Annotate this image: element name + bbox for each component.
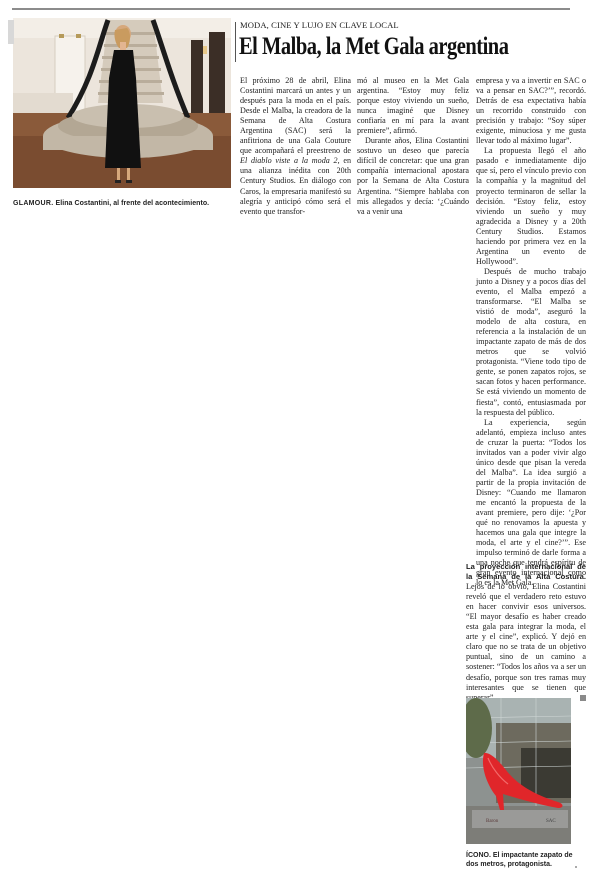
- end-mark-icon: [580, 695, 586, 701]
- paragraph: empresa y va a invertir en SAC o va a pe…: [476, 76, 586, 146]
- caption-text: Elina Costantini, al frente del aconteci…: [54, 200, 210, 207]
- main-photo: [13, 18, 231, 188]
- paragraph: La propuesta llegó el año pasado e inmed…: [476, 146, 586, 267]
- sidebar-text: Lejos de lo obvio, Elina Costantini reve…: [466, 582, 586, 702]
- top-rule-left: [12, 8, 342, 10]
- kicker: MODA, CINE Y LUJO EN CLAVE LOCAL: [240, 20, 399, 30]
- sidebar-section: La proyección internacional de la Semana…: [466, 562, 586, 703]
- headline-rule: [235, 22, 236, 62]
- film-title: El diablo viste a la moda 2: [240, 156, 338, 165]
- paragraph: El próximo 28 de abril, Elina Costantini…: [240, 76, 351, 217]
- red-shoe-photo-illustration: Baron SAC: [466, 698, 571, 844]
- body-column-3: empresa y va a invertir en SAC o va a pe…: [476, 76, 586, 588]
- pedestal-label-right: SAC: [546, 819, 556, 824]
- paragraph: mó al museo en la Met Gala argentina. “E…: [357, 76, 469, 136]
- main-photo-caption: GLAMOUR. Elina Costantini, al frente del…: [13, 200, 233, 207]
- paragraph: Durante años, Elina Costantini sostuvo u…: [357, 136, 469, 216]
- caption-lead: ÍCONO.: [466, 852, 491, 859]
- sidebar-subhead: La proyección internacional de la Semana…: [466, 562, 586, 581]
- body-column-2: mó al museo en la Met Gala argentina. “E…: [357, 76, 469, 217]
- caption-lead: GLAMOUR.: [13, 200, 54, 207]
- shoe-photo-caption: ÍCONO. El impactante zapato de dos metro…: [466, 851, 581, 869]
- shoe-photo: Baron SAC: [466, 698, 571, 844]
- headline: El Malba, la Met Gala argentina: [239, 33, 508, 61]
- sidebar-paragraph: La proyección internacional de la Semana…: [466, 562, 586, 703]
- body-column-1: El próximo 28 de abril, Elina Costantini…: [240, 76, 351, 217]
- pedestal-label-left: Baron: [486, 819, 499, 824]
- page-mark: [575, 866, 577, 868]
- photo-credit-strip: [8, 20, 14, 44]
- paragraph: Después de mucho trabajo junto a Disney …: [476, 267, 586, 418]
- staircase-photo-illustration: [13, 18, 231, 188]
